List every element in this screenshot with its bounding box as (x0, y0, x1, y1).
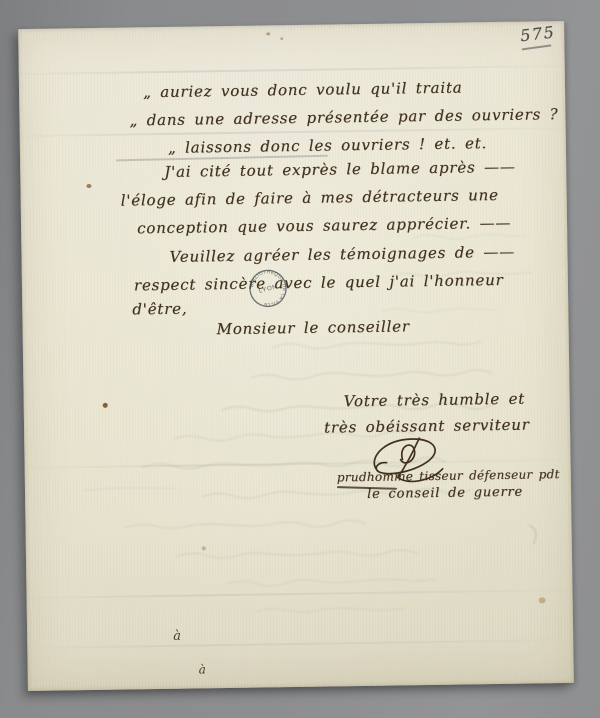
fold-crease (19, 65, 565, 75)
fox-spot (266, 32, 270, 35)
stamp-center-text: LYON (258, 283, 278, 295)
signature-title-line: le conseil de guerre (367, 485, 523, 502)
letter-line: „ laissons donc les ouvriers ! et. et. (168, 134, 487, 157)
fox-spot (539, 597, 546, 603)
letter-line: Monsieur le conseiller (216, 317, 409, 338)
letter-line: l'éloge afin de faire à mes détracteurs … (121, 186, 499, 210)
fold-crease (27, 639, 573, 649)
letter-line: respect sincère avec le quel j'ai l'honn… (134, 271, 504, 294)
letter-line: conception que vous saurez apprécier. —— (137, 214, 511, 238)
letter-line: Veuillez agréer les témoignages de —— (169, 243, 515, 266)
fox-spot (202, 546, 206, 550)
fox-spot (103, 403, 108, 408)
letter-line: J'ai cité tout exprès le blame après —— (164, 158, 516, 181)
letter-line: „ auriez vous donc voulu qu'il traita (143, 79, 463, 102)
letter-line: „ dans une adresse présentée par des ouv… (129, 105, 558, 129)
letter-line: d'être, (132, 300, 187, 319)
fox-spot (280, 37, 283, 40)
valediction-line: Votre très humble et (344, 390, 526, 411)
signature-paraph (364, 431, 457, 494)
signature-title-line: prudhomme tisseur défenseur pdt (337, 467, 560, 484)
folio-underline (521, 44, 551, 50)
scan-background: 575 „ auriez vous donc voulu qu'il trait… (0, 0, 600, 718)
annotation-a: à (199, 662, 206, 676)
folio-number: 575 (519, 22, 556, 45)
library-stamp: BIBLIOTHEQUE DE LA VILLE LYON (239, 259, 298, 318)
fox-spot (86, 184, 91, 188)
fold-crease (27, 589, 573, 599)
manuscript-paper: 575 „ auriez vous donc voulu qu'il trait… (18, 21, 574, 691)
annotation-a: à (173, 629, 181, 644)
